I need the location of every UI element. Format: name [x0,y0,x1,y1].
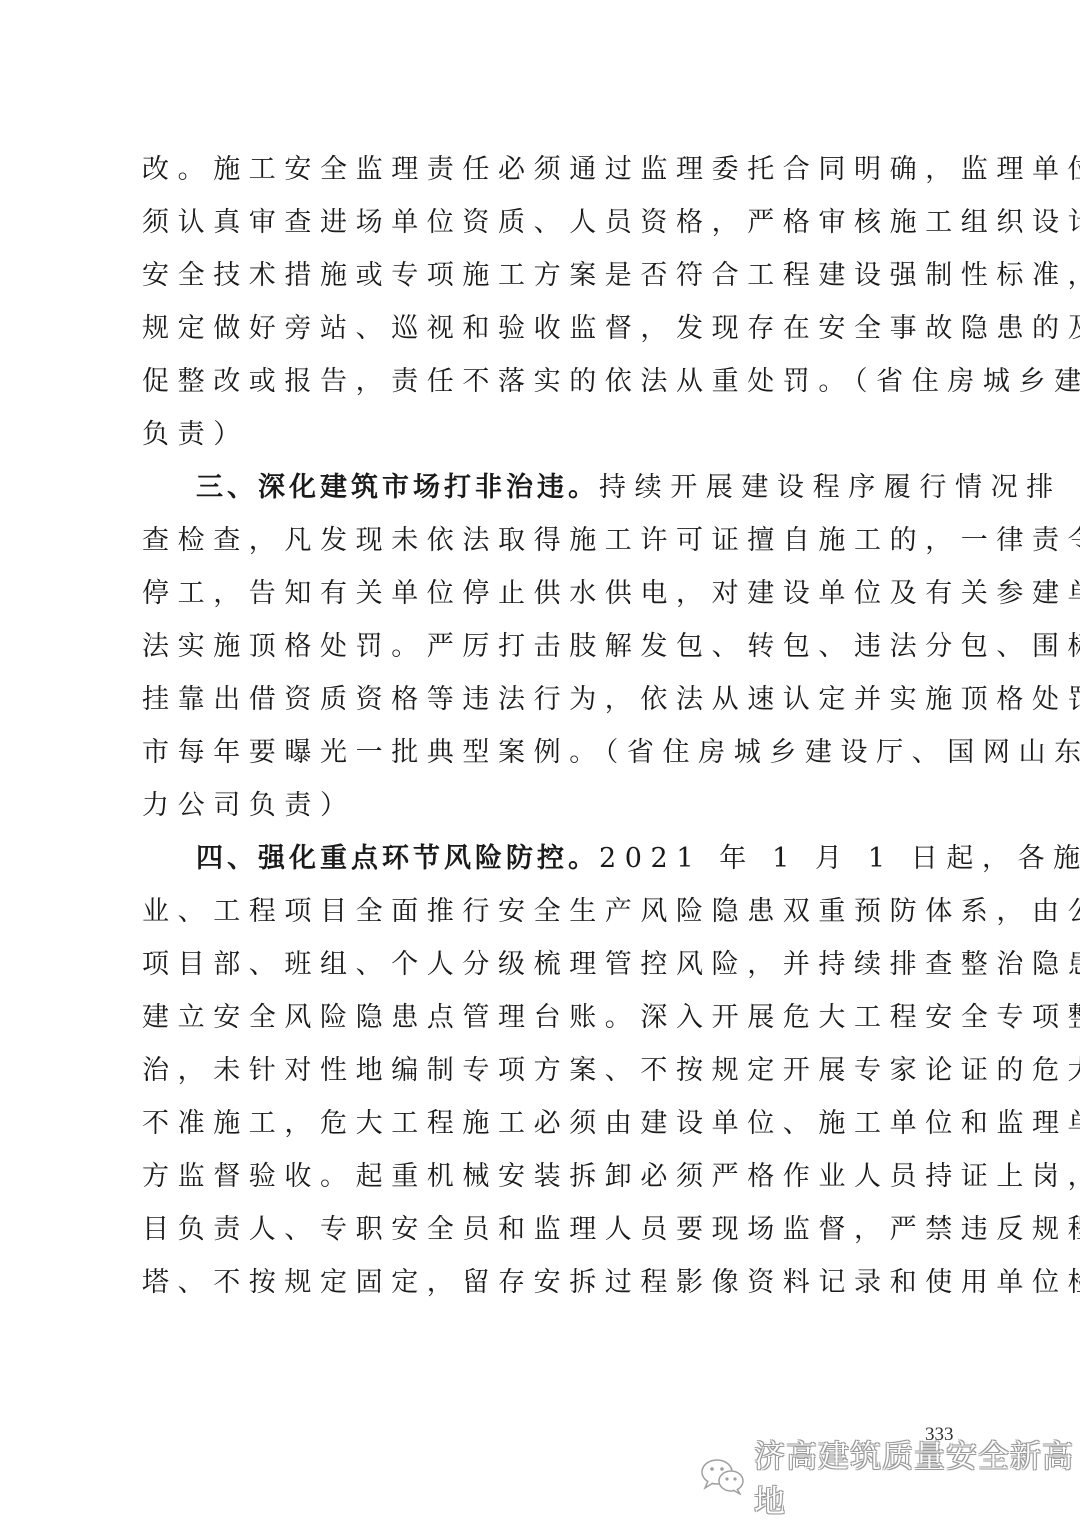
document-body: 改。施工安全监理责任必须通过监理委托合同明确，监理单位必 须认真审查进场单位资质… [142,150,942,1316]
text-line: 治，未针对性地编制专项方案、不按规定开展专家论证的危大工程 [142,1051,942,1104]
text-line: 项目部、班组、个人分级梳理管控风险，并持续排查整治隐患问题， [142,945,942,998]
wechat-icon [700,1457,746,1495]
text-line: 规定做好旁站、巡视和验收监督，发现存在安全事故隐患的及时督 [142,309,942,362]
text-line: 停工，告知有关单位停止供水供电，对建设单位及有关参建单位依 [142,574,942,627]
text-line: 安全技术措施或专项施工方案是否符合工程建设强制性标准，按 [142,256,942,309]
text-line: 目负责人、专职安全员和监理人员要现场监督，严禁违反规程转 [142,1210,942,1263]
text-line: 改。施工安全监理责任必须通过监理委托合同明确，监理单位必 [142,150,942,203]
text-line: 塔、不按规定固定，留存安拆过程影像资料记录和使用单位检测台 [142,1263,942,1316]
text-line: 不准施工，危大工程施工必须由建设单位、施工单位和监理单位三 [142,1104,942,1157]
text-line: 市每年要曝光一批典型案例。（省住房城乡建设厅、国网山东省电 [142,733,942,786]
watermark-text: 济高建筑质量安全新高地 [754,1431,1080,1521]
text-line: 法实施顶格处罚。严厉打击肢解发包、转包、违法分包、围标串标、 [142,627,942,680]
section-heading-3: 三、深化建筑市场打非治违。 [196,472,599,503]
text-line: 挂靠出借资质资格等违法行为，依法从速认定并实施顶格处罚，各 [142,680,942,733]
text-line: 查检查，凡发现未依法取得施工许可证擅自施工的，一律责令立即 [142,521,942,574]
watermark: 济高建筑质量安全新高地 [700,1456,1080,1496]
text-line: 负责） [142,415,942,468]
section-heading-line: 三、深化建筑市场打非治违。持续开展建设程序履行情况排 [142,468,942,521]
section-heading-line: 四、强化重点环节风险防控。2021 年 1 月 1 日起，各施工企 [142,839,942,892]
text-line: 业、工程项目全面推行安全生产风险隐患双重预防体系，由公司、 [142,892,942,945]
section-heading-4: 四、强化重点环节风险防控。 [196,843,599,874]
text-run: 2021 年 1 月 1 日起，各施工企 [599,843,1080,874]
text-line: 须认真审查进场单位资质、人员资格，严格审核施工组织设计中的 [142,203,942,256]
text-line: 建立安全风险隐患点管理台账。深入开展危大工程安全专项整 [142,998,942,1051]
text-line: 力公司负责） [142,786,942,839]
text-line: 促整改或报告，责任不落实的依法从重处罚。（省住房城乡建设厅 [142,362,942,415]
text-line: 方监督验收。起重机械安装拆卸必须严格作业人员持证上岗，项 [142,1157,942,1210]
text-run: 持续开展建设程序履行情况排 [599,472,1062,503]
